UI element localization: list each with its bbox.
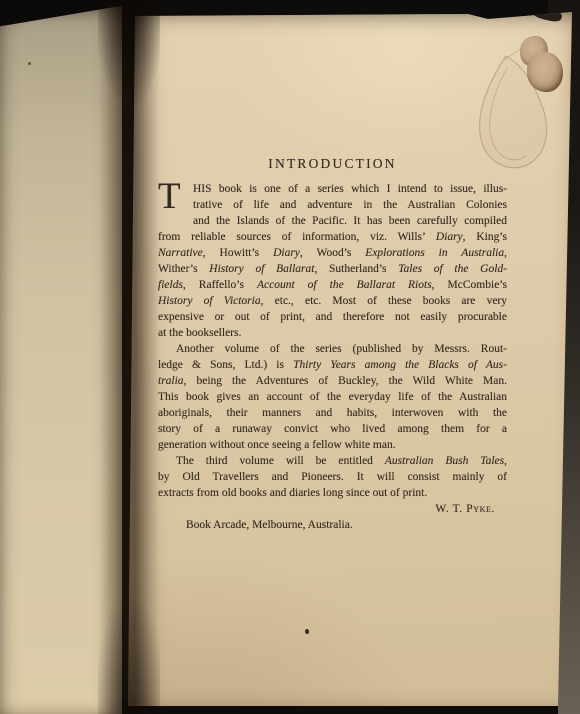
- text-line: tralia, being the Adventures of Buckley,…: [158, 373, 507, 389]
- paragraph: The third volume will be entitled Austra…: [158, 453, 507, 501]
- publisher-imprint: Book Arcade, Melbourne, Australia.: [186, 517, 507, 533]
- text-line: by Old Travellers and Pioneers. It will …: [158, 469, 507, 485]
- text-line: expensive or out of print, and therefore…: [158, 309, 507, 325]
- text-line: The third volume will be entitled Austra…: [158, 453, 507, 469]
- paper-speck: [28, 62, 31, 65]
- text-line: aboriginals, their manners and habits, i…: [158, 405, 507, 421]
- text-line: Wither’s History of Ballarat, Sutherland…: [158, 261, 507, 277]
- text-line: story of a runaway convict who lived amo…: [158, 421, 507, 437]
- text-line: at the booksellers.: [158, 325, 507, 341]
- book-page: INTRODUCTION THIS book is one of a serie…: [128, 8, 574, 708]
- page-title: INTRODUCTION: [158, 156, 507, 172]
- text-line: Narrative, Howitt’s Diary, Wood’s Explor…: [158, 245, 507, 261]
- text-line: trative of life and adventure in the Aus…: [193, 197, 507, 213]
- printed-text: INTRODUCTION THIS book is one of a serie…: [158, 156, 507, 533]
- ink-spot: [305, 629, 309, 634]
- paragraphs: THIS book is one of a series which I int…: [158, 181, 507, 501]
- text-line: HIS book is one of a series which I inte…: [193, 181, 507, 197]
- text-line: and the Islands of the Pacific. It has b…: [193, 213, 507, 229]
- text-line: ledge & Sons, Ltd.) is Thirty Years amon…: [158, 357, 507, 373]
- left-page-fore-edge: [0, 6, 122, 714]
- paragraph: THIS book is one of a series which I int…: [158, 181, 507, 341]
- text-line: generation without once seeing a fellow …: [158, 437, 507, 453]
- text-line: Another volume of the series (published …: [158, 341, 507, 357]
- paragraph: Another volume of the series (published …: [158, 341, 507, 453]
- text-line: History of Victoria, etc., etc. Most of …: [158, 293, 507, 309]
- drop-cap: T: [158, 182, 193, 214]
- text-line: from reliable sources of information, vi…: [158, 229, 507, 245]
- text-line: fields, Raffello’s Account of the Ballar…: [158, 277, 507, 293]
- author-signature: W. T. Pyke.: [158, 501, 507, 517]
- text-line: This book gives an account of the everyd…: [158, 389, 507, 405]
- book-photo: INTRODUCTION THIS book is one of a serie…: [0, 0, 580, 714]
- text-line: extracts from old books and diaries long…: [158, 485, 507, 501]
